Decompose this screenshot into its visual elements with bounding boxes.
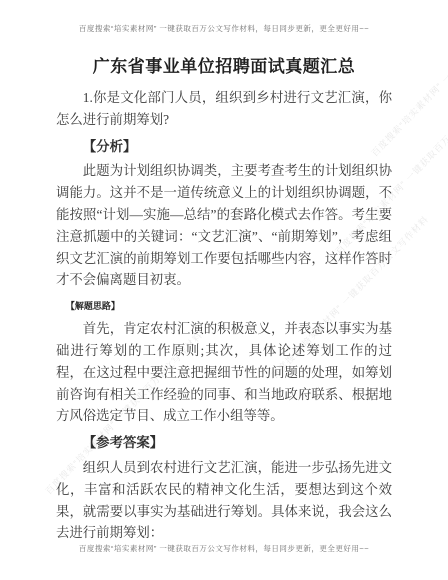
header-promo-note: 百度搜索“培实素材网” 一键获取百万公文写作材料，每日同步更新，更全更好用~~ bbox=[0, 23, 448, 34]
analysis-paragraph: 此题为计划组织协调类，主要考查考生的计划组织协调能力。这并不是一道传统意义上的计… bbox=[56, 160, 392, 291]
analysis-section-label: 【分析】 bbox=[56, 136, 392, 158]
document-page: 百度搜索“培实素材网” 一键获取百万公文写作材料 百度搜索“培实素材网” 一键获… bbox=[0, 0, 448, 580]
answer-paragraph: 组织人员到农村进行文艺汇演，能进一步弘扬先进文化，丰富和活跃农民的精神文化生活，… bbox=[56, 457, 392, 544]
approach-paragraph: 首先，肯定农村汇演的积极意义，并表态以事实为基础进行筹划的工作原则;其次，具体论… bbox=[56, 318, 392, 427]
approach-section-label: 【解题思路】 bbox=[56, 297, 392, 315]
footer-promo-note: 百度搜索“培实素材网” 一键获取百万公文写作材料，每日同步更新，更全更好用~~ bbox=[0, 543, 448, 554]
document-title: 广东省事业单位招聘面试真题汇总 bbox=[56, 52, 392, 77]
document-body: 广东省事业单位招聘面试真题汇总 1.你是文化部门人员，组织到乡村进行文艺汇演，你… bbox=[56, 52, 392, 544]
answer-section-label: 【参考答案】 bbox=[56, 432, 392, 454]
question-text: 1.你是文化部门人员，组织到乡村进行文艺汇演，你怎么进行前期筹划? bbox=[56, 87, 392, 131]
